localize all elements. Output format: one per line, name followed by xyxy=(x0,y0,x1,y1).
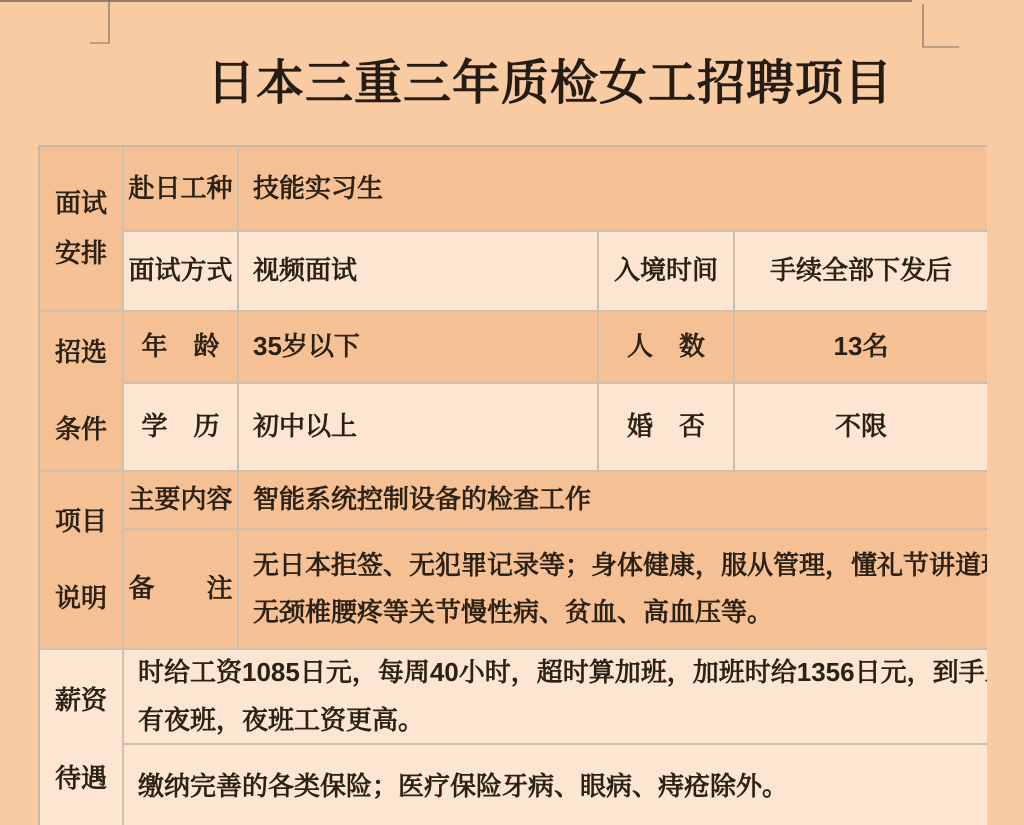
value-main-content: 智能系统控制设备的检查工作 xyxy=(239,472,987,528)
section-header-interview: 面试 安排 xyxy=(40,147,122,310)
label-remarks: 备 注 xyxy=(124,530,237,648)
label-job-type: 赴日工种 xyxy=(124,147,237,230)
section-header-selection: 招选 条件 xyxy=(40,312,122,470)
label-education: 学 历 xyxy=(124,384,237,470)
value-wage: 时给工资1085日元，每周40小时，超时算加班，加班时给1356日元，到手工资2… xyxy=(124,650,987,743)
recruitment-table: 面试 安排 赴日工种 技能实习生 面试方式 视频面试 入境时间 手续全部下发后 … xyxy=(38,145,987,825)
section-header-project-line1: 项目 xyxy=(55,504,107,539)
section-header-interview-line1: 面试 xyxy=(55,186,107,221)
value-headcount: 13名 xyxy=(735,312,987,382)
page-title: 日本三重三年质检女工招聘项目 xyxy=(38,44,1024,113)
section-header-interview-line2: 安排 xyxy=(55,236,107,271)
label-headcount: 人 数 xyxy=(599,312,733,382)
section-header-project: 项目 说明 xyxy=(40,472,122,648)
remarks-line2: 无颈椎腰疼等关节慢性病、贫血、高血压等。 xyxy=(253,595,773,630)
value-job-type: 技能实习生 xyxy=(239,147,987,230)
section-header-selection-line1: 招选 xyxy=(55,335,107,370)
wage-line1: 时给工资1085日元，每周40小时，超时算加班，加班时给1356日元，到手工资2… xyxy=(138,655,987,690)
value-interview-method: 视频面试 xyxy=(239,232,597,310)
crop-corner-right-icon xyxy=(922,4,959,48)
value-remarks: 无日本拒签、无犯罪记录等；身体健康，服从管理，懂礼节讲道理，诚实守信； 无颈椎腰… xyxy=(239,530,987,648)
section-header-salary-line1: 薪资 xyxy=(55,683,107,718)
label-marital-status: 婚 否 xyxy=(599,384,733,470)
value-age: 35岁以下 xyxy=(239,312,597,382)
section-header-salary: 薪资 待遇 xyxy=(40,650,122,825)
wage-line2: 有夜班，夜班工资更高。 xyxy=(138,703,424,738)
section-header-salary-line2: 待遇 xyxy=(55,761,107,796)
crop-corner-left-icon xyxy=(90,0,110,44)
value-education: 初中以上 xyxy=(239,384,597,470)
value-entry-time: 手续全部下发后 xyxy=(735,232,987,310)
top-edge-artifact-line xyxy=(0,0,912,2)
label-interview-method: 面试方式 xyxy=(124,232,237,310)
value-insurance: 缴纳完善的各类保险；医疗保险牙病、眼病、痔疮除外。 xyxy=(124,745,987,825)
section-header-selection-line2: 条件 xyxy=(55,412,107,447)
label-main-content: 主要内容 xyxy=(124,472,237,528)
section-header-project-line2: 说明 xyxy=(55,581,107,616)
value-marital-status: 不限 xyxy=(735,384,987,470)
remarks-line1: 无日本拒签、无犯罪记录等；身体健康，服从管理，懂礼节讲道理，诚实守信； xyxy=(253,548,987,583)
label-age: 年 龄 xyxy=(124,312,237,382)
label-entry-time: 入境时间 xyxy=(599,232,733,310)
